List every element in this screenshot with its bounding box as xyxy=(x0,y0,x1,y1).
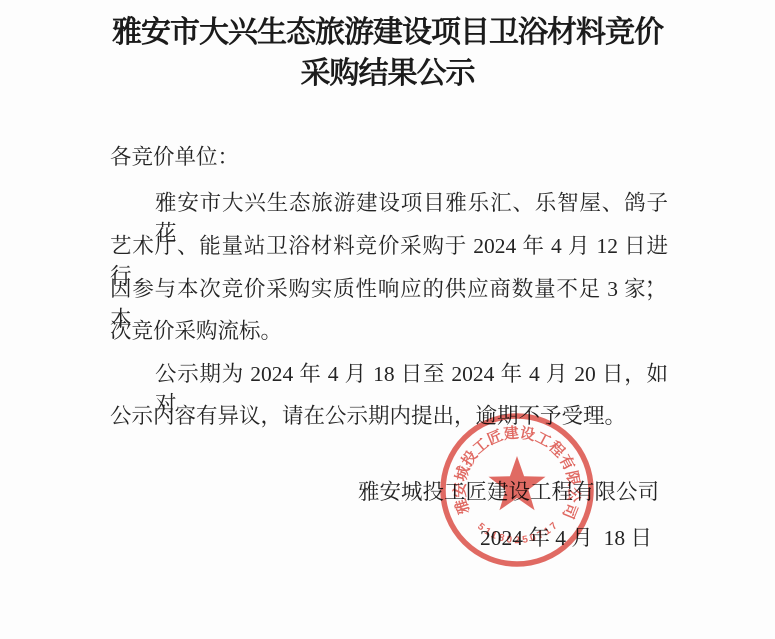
seal-star-icon xyxy=(489,456,546,510)
document-title-line2: 采购结果公示 xyxy=(0,53,775,94)
document-title-line1: 雅安市大兴生态旅游建设项目卫浴材料竞价 xyxy=(0,12,775,53)
salutation: 各竞价单位： xyxy=(110,142,239,172)
company-seal-stamp: 雅安城投工匠建设工程有限公司 511802507171 xyxy=(431,404,603,576)
document-page: 雅安市大兴生态旅游建设项目卫浴材料竞价 采购结果公示 各竞价单位： 雅安市大兴生… xyxy=(0,0,775,639)
paragraph1-line4: 次竞价采购流标。 xyxy=(110,316,282,346)
document-title: 雅安市大兴生态旅游建设项目卫浴材料竞价 采购结果公示 xyxy=(0,12,775,94)
